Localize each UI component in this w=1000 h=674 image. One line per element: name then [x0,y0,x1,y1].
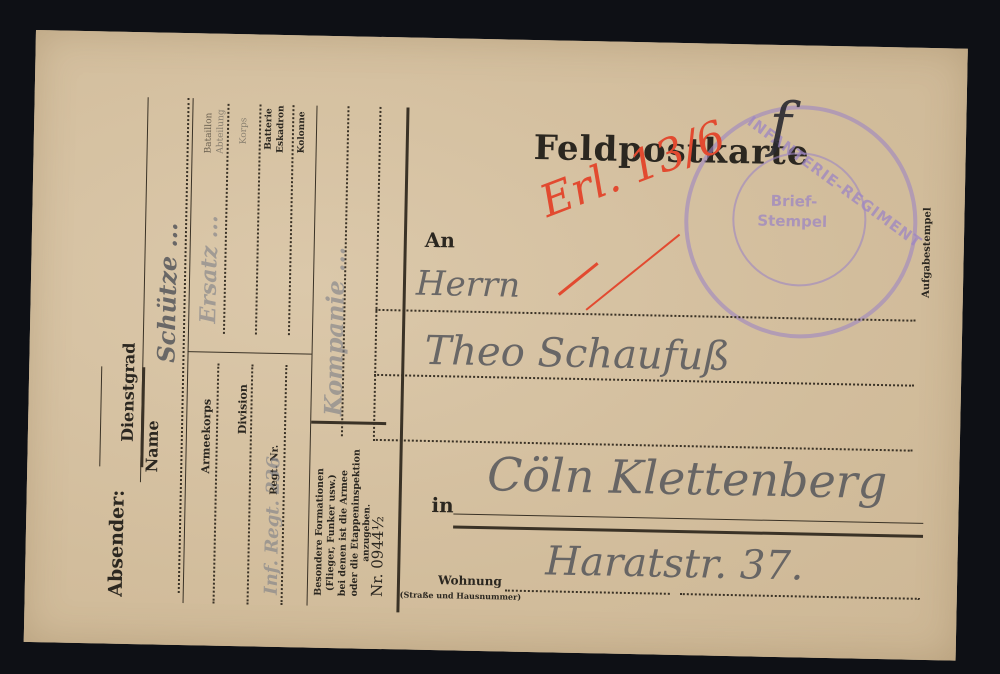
stamp-center-text-2: Stempel [757,212,827,231]
red-strike-1 [558,262,599,296]
city-handwriting: Cöln Klettenberg [487,447,888,509]
city-double-line [453,525,923,537]
korps-dotted-line [255,105,262,335]
kolonne-label: Kolonne [297,111,308,153]
sender-left-rule [99,366,102,466]
unit-divider [188,351,312,354]
bataillon-label: Bataillon [204,113,215,154]
aufgabestempel-label: Aufgabestempel [921,207,934,298]
street-dotted-line-1 [505,590,670,595]
in-label: in [431,493,454,517]
special-formations-note-4: oder die Etappeninspektion [349,449,363,597]
eskadron-label: Eskadron [276,105,287,153]
stamp-center-text-1: Brief- [771,192,818,211]
name-handwriting: Schütze ... [151,222,183,363]
street-handwriting: Haratstr. 37. [545,538,804,589]
address-line-1: Herrn [416,264,521,306]
division-label: Division [236,384,250,434]
unit-handwriting: Kompanie ... [318,246,350,416]
red-strike-2 [586,234,681,311]
wohnung-label: Wohnung [438,573,502,588]
street-dotted-line-2 [680,593,920,600]
name-label: Name [142,420,162,472]
regt-handwriting: Inf. Regt. 236 [261,456,285,595]
wohnung-sublabel: (Straße und Hausnummer) [400,589,522,601]
an-label: An [425,228,456,253]
special-formations-note-2: (Flieger, Funker usw.) [325,474,338,591]
absender-label: Absender: [105,489,129,596]
form-number: Nr. 0944½ [368,516,388,597]
city-line [453,513,923,523]
kolonne-dotted-line [288,105,295,335]
formation-dotted-line-2 [373,107,382,437]
batterie-label: Batterie [264,108,275,150]
postcard: Absender: Dienstgrad Name Schütze ... Ba… [24,30,968,661]
korps-label: Korps [239,118,250,145]
main-divider [396,107,409,612]
initial-signature: f [769,90,793,160]
address-line-2: Theo Schaufuß [424,328,730,380]
armeekorps-label: Armeekorps [199,399,213,474]
bataillon-handwriting: Ersatz ... [195,215,223,324]
formation-divider [311,421,386,426]
dienstgrad-label: Dienstgrad [118,342,139,442]
abteilung-label: Abteilung [216,109,227,154]
